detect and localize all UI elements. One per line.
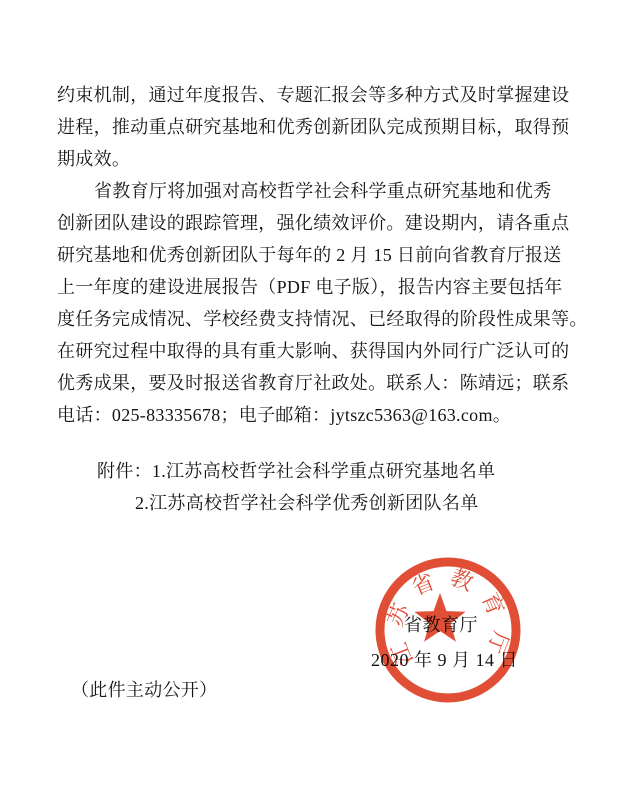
- body-line: 优秀成果，要及时报送省教育厅社政处。联系人：陈靖远；联系: [57, 367, 572, 399]
- body-line: 上一年度的建设进展报告（PDF 电子版），报告内容主要包括年: [57, 271, 572, 303]
- body-line: 约束机制，通过年度报告、专题汇报会等多种方式及时掌握建设: [57, 79, 572, 111]
- signature-issuer: 省教育厅: [404, 611, 478, 637]
- signature-date: 2020 年 9 月 14 日: [371, 646, 518, 672]
- body-line: 期成效。: [57, 143, 572, 175]
- body-line: 进程，推动重点研究基地和优秀创新团队完成预期目标，取得预: [57, 111, 572, 143]
- body-line: 省教育厅将加强对高校哲学社会科学重点研究基地和优秀: [57, 175, 572, 207]
- attachments-label: 附件：: [97, 461, 152, 481]
- body-line: 创新团队建设的跟踪管理，强化绩效评价。建设期内，请各重点: [57, 207, 572, 239]
- footer-note: （此件主动公开）: [71, 676, 217, 702]
- attachments-block: 附件：1.江苏高校哲学社会科学重点研究基地名单 2.江苏高校哲学社会科学优秀创新…: [57, 455, 495, 519]
- document-page: 约束机制，通过年度报告、专题汇报会等多种方式及时掌握建设 进程，推动重点研究基地…: [0, 0, 626, 809]
- body-line: 度任务完成情况、学校经费支持情况、已经取得的阶段性成果等。: [57, 303, 572, 335]
- document-body: 约束机制，通过年度报告、专题汇报会等多种方式及时掌握建设 进程，推动重点研究基地…: [57, 79, 572, 431]
- attachment-1: 1.江苏高校哲学社会科学重点研究基地名单: [152, 461, 496, 481]
- attachment-item: 附件：1.江苏高校哲学社会科学重点研究基地名单: [57, 455, 495, 487]
- body-line: 研究基地和优秀创新团队于每年的 2 月 15 日前向省教育厅报送: [57, 239, 572, 271]
- body-line: 在研究过程中取得的具有重大影响、获得国内外同行广泛认可的: [57, 335, 572, 367]
- body-line: 电话：025-83335678；电子邮箱：jytszc5363@163.com。: [57, 399, 572, 431]
- attachment-2: 2.江苏高校哲学社会科学优秀创新团队名单: [57, 487, 495, 519]
